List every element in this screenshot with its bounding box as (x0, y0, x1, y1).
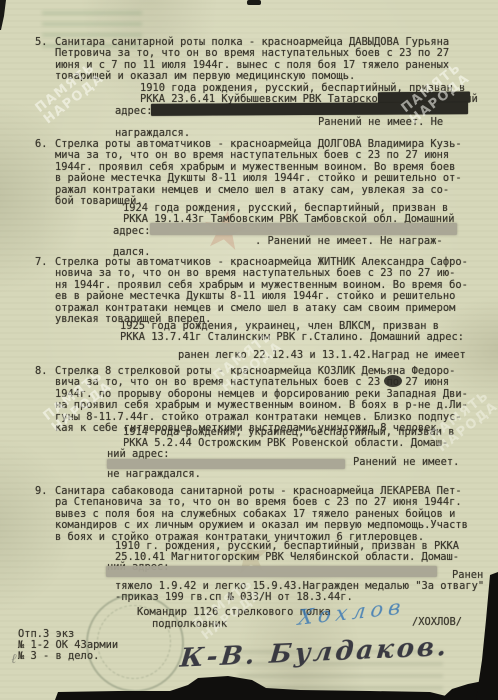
handwritten-signature-ink: К-В. Булдаков. (179, 632, 451, 674)
address-label: адрес: (115, 106, 153, 117)
entry-citation-text: Стрелка роты автоматчиков - красноармейц… (55, 257, 485, 325)
entry-personal-details: 1914 года рождения, украинец, беспартийн… (123, 427, 483, 450)
wounds-note: Ранений не имеет. (353, 457, 459, 468)
pencil-mark: ℓ (9, 651, 20, 667)
commander-name-typed: /ХОХЛОВ/ (412, 617, 462, 628)
entry-number: 6. (35, 139, 48, 150)
redaction-bar (150, 223, 457, 235)
wounds-note: Ранений не имеет. Не (318, 117, 443, 128)
wounds-note: ранен легко 22.12.43 и 13.1.42.Наград не… (178, 350, 466, 361)
awards-note: тяжело 1.9.42 и легко 15.9.43.Награжден … (115, 581, 498, 604)
document-page: ПАМЯТЬ НАРОДА ПАМЯТЬ НАРОДА ПАМЯТЬ НАРОД… (0, 0, 498, 700)
awards-note: не награждался. (107, 469, 201, 480)
wounds-note: . Ранений не имеет. Не награж- (255, 236, 443, 247)
entry-number: 5. (35, 37, 48, 48)
entry-citation-text: Стрелка роты автоматчиков - красноармейц… (55, 139, 485, 207)
entry-number: 9. (35, 486, 48, 497)
copies-note: Отп.3 экз № 1-2 ОК 43армии № 3 - в дело. (18, 629, 118, 662)
entry-number: 8. (35, 366, 48, 377)
entry-citation-text: Санитара санитарной роты полка - красноа… (55, 37, 485, 83)
entry-citation-text: Санитара сабаковода санитарной роты - кр… (55, 486, 490, 543)
address-label: адрес: (113, 226, 151, 237)
redaction-bar (106, 566, 437, 577)
redaction-bar (151, 102, 468, 116)
entry-personal-details: 1925 года рождения, украинец, член ВЛКСМ… (120, 321, 480, 344)
redaction-bar (107, 459, 345, 469)
entry-number: 7. (35, 257, 48, 268)
entry-citation-text: Стрелка 8 стрелковой роты - красноармейц… (55, 366, 485, 434)
commander-rank: подполковник (152, 619, 227, 630)
